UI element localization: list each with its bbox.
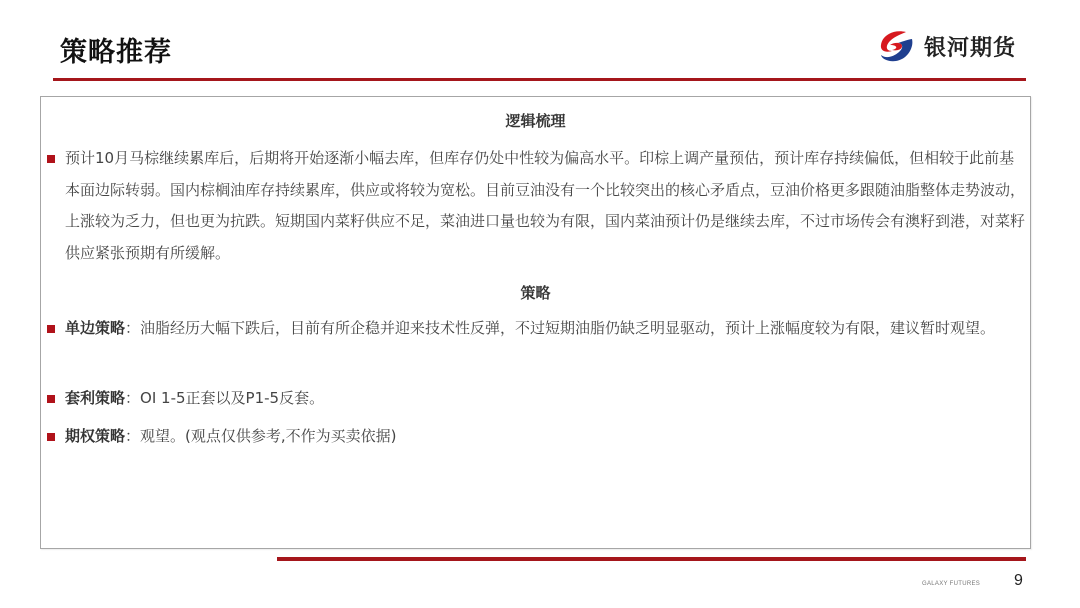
- logic-paragraph: 预计10月马棕继续累库后，后期将开始逐渐小幅去库，但库存仍处中性较为偏高水平。印…: [65, 143, 1025, 269]
- bullet-icon: [47, 433, 55, 441]
- logo-text: 银河期货: [924, 31, 1016, 62]
- bullet-icon: [47, 325, 55, 333]
- strategy-label: 期权策略: [65, 427, 125, 445]
- header-divider: [53, 78, 1026, 81]
- company-logo: 银河期货: [876, 28, 1016, 64]
- logic-heading: 逻辑梳理: [41, 110, 1030, 131]
- page-title: 策略推荐: [60, 30, 172, 69]
- strategy-item-single: 单边策略：油脂经历大幅下跌后，目前有所企稳并迎来技术性反弹，不过短期油脂仍缺乏明…: [65, 313, 1025, 345]
- strategy-label: 单边策略: [65, 319, 125, 337]
- strategy-label: 套利策略: [65, 389, 125, 407]
- footer-brand: GALAXY FUTURES: [922, 581, 980, 587]
- strategy-item-options: 期权策略：观望。(观点仅供参考,不作为买卖依据): [65, 421, 1025, 453]
- footer-divider: [277, 557, 1026, 561]
- strategy-item-arbitrage: 套利策略：OI 1-5正套以及P1-5反套。: [65, 383, 1025, 415]
- bullet-icon: [47, 395, 55, 403]
- strategy-text: 观望。(观点仅供参考,不作为买卖依据): [140, 427, 396, 445]
- strategy-text: OI 1-5正套以及P1-5反套。: [140, 389, 324, 407]
- content-panel: 逻辑梳理 预计10月马棕继续累库后，后期将开始逐渐小幅去库，但库存仍处中性较为偏…: [40, 96, 1031, 549]
- galaxy-futures-logo-icon: [876, 29, 916, 63]
- strategy-text: 油脂经历大幅下跌后，目前有所企稳并迎来技术性反弹，不过短期油脂仍缺乏明显驱动，预…: [140, 319, 995, 337]
- bullet-icon: [47, 155, 55, 163]
- page-number: 9: [1014, 572, 1023, 590]
- strategy-heading: 策略: [41, 282, 1030, 303]
